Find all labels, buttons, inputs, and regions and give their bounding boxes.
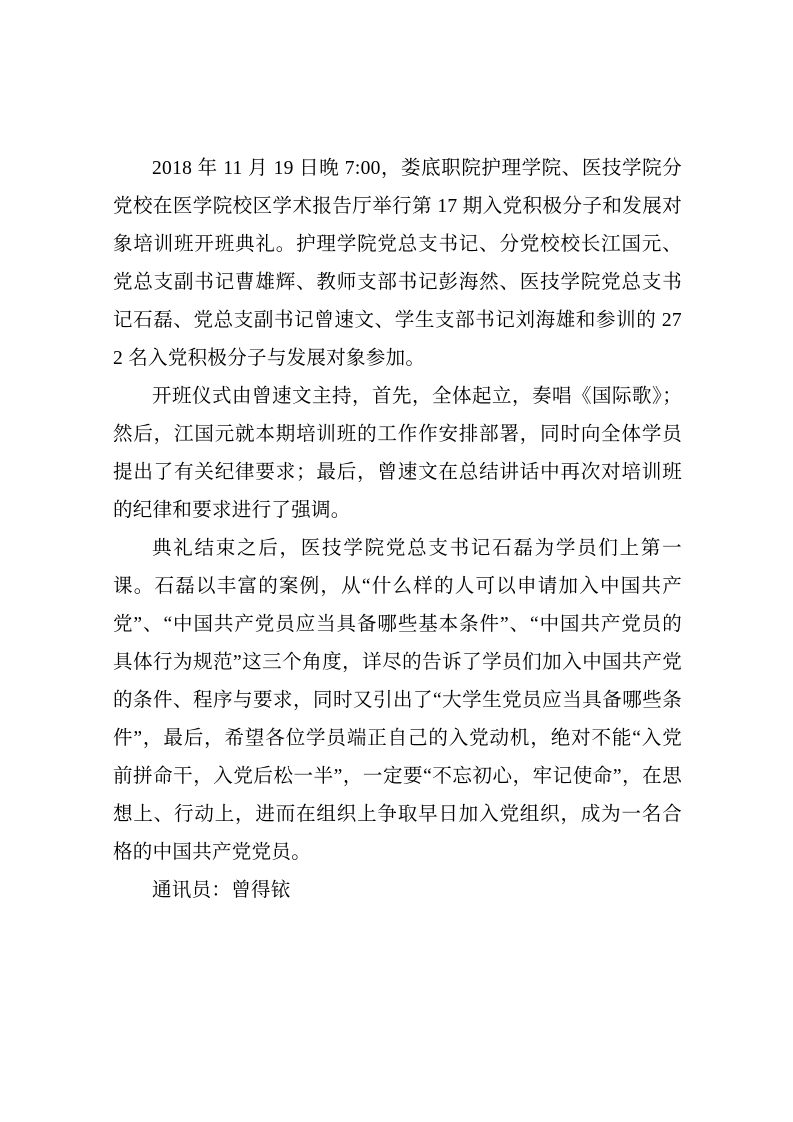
document-body: 2018 年 11 月 19 日晚 7:00，娄底职院护理学院、医技学院分党校在…: [113, 150, 682, 910]
paragraph-opening-ceremony: 2018 年 11 月 19 日晚 7:00，娄底职院护理学院、医技学院分党校在…: [113, 150, 682, 378]
paragraph-first-lecture: 典礼结束之后，医技学院党总支书记石磊为学员们上第一课。石磊以丰富的案例，从“什么…: [113, 530, 682, 872]
document-page: 2018 年 11 月 19 日晚 7:00，娄底职院护理学院、医技学院分党校在…: [0, 0, 793, 1122]
correspondent-signature: 通讯员：曾得铱: [113, 872, 682, 910]
paragraph-ceremony-procedure: 开班仪式由曾速文主持，首先，全体起立，奏唱《国际歌》；然后，江国元就本期培训班的…: [113, 378, 682, 530]
